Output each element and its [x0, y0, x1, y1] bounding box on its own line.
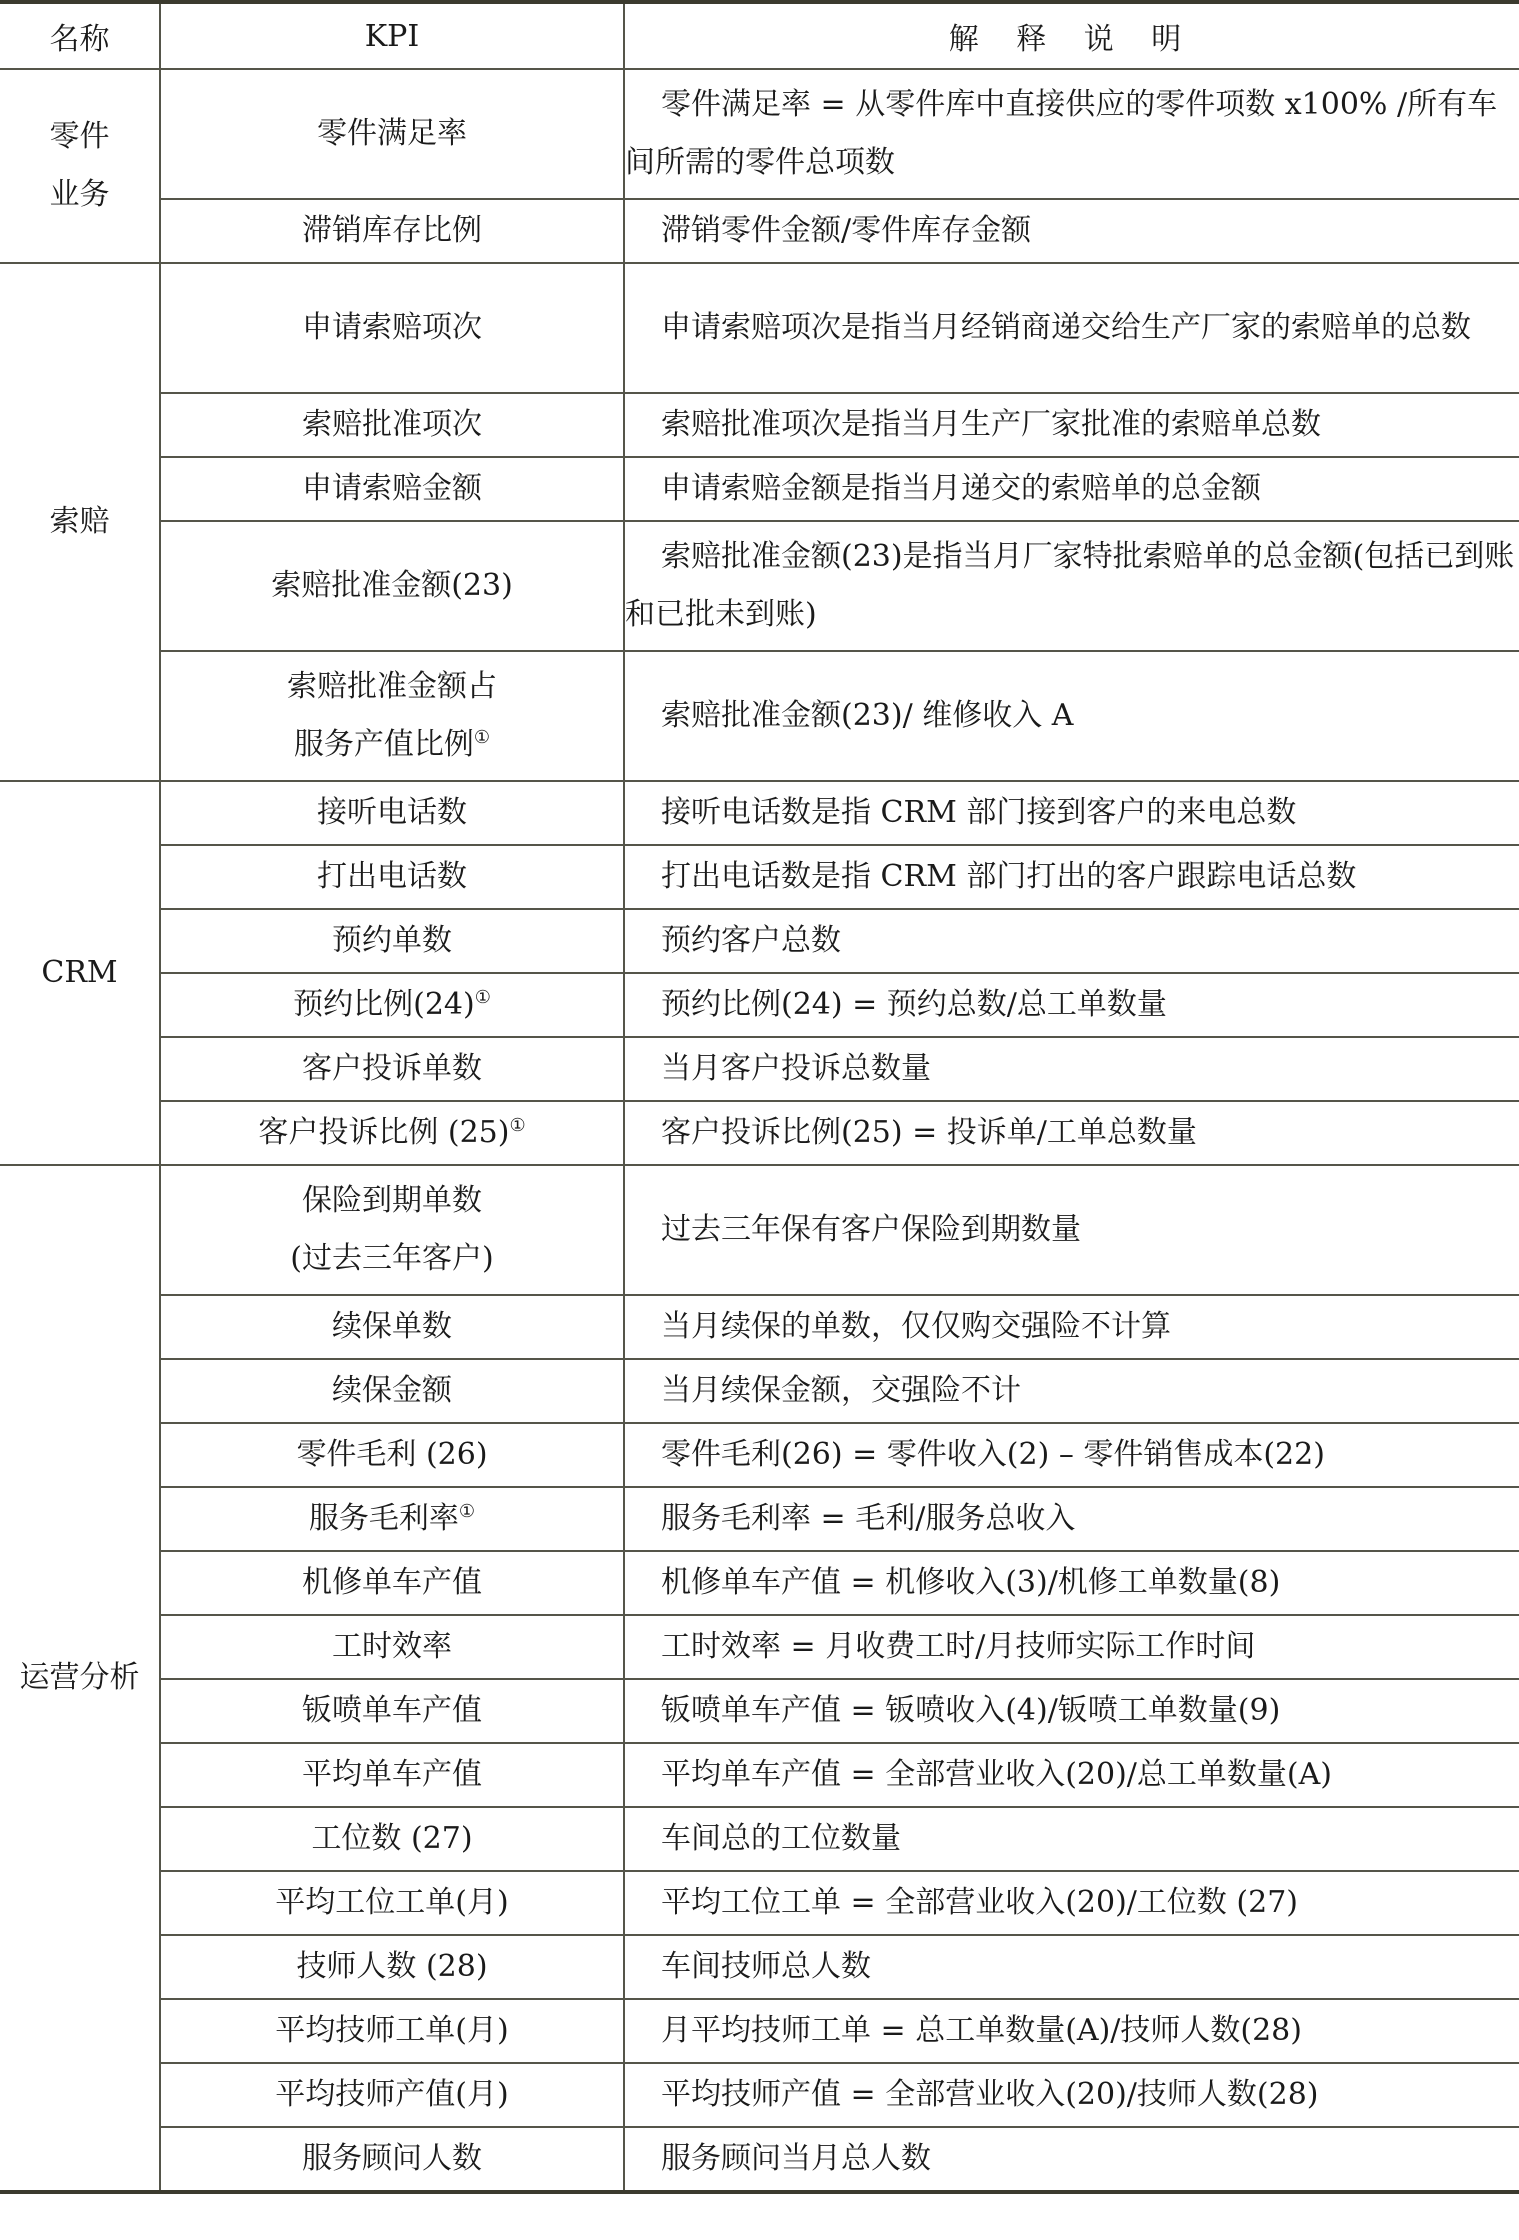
table-row: 零件毛利 (26) 零件毛利(26) = 零件收入(2) – 零件销售成本(22…	[0, 1423, 1519, 1487]
table-row: 技师人数 (28) 车间技师总人数	[0, 1935, 1519, 1999]
table-row: 索赔批准金额占 服务产值比例① 索赔批准金额(23)/ 维修收入 A	[0, 651, 1519, 781]
table-row: 滞销库存比例 滞销零件金额/零件库存金额	[0, 199, 1519, 263]
kpi-cell: 续保单数	[160, 1295, 624, 1359]
table-row: 索赔 申请索赔项次 申请索赔项次是指当月经销商递交给生产厂家的索赔单的总数	[0, 263, 1519, 393]
kpi-cell: 零件毛利 (26)	[160, 1423, 624, 1487]
table-row: 索赔批准项次 索赔批准项次是指当月生产厂家批准的索赔单总数	[0, 393, 1519, 457]
kpi-cell: 服务顾问人数	[160, 2127, 624, 2192]
kpi-cell: 服务毛利率①	[160, 1487, 624, 1551]
table-row: 钣喷单车产值 钣喷单车产值 = 钣喷收入(4)/钣喷工单数量(9)	[0, 1679, 1519, 1743]
description-cell: 滞销零件金额/零件库存金额	[624, 199, 1519, 263]
table-row: 打出电话数 打出电话数是指 CRM 部门打出的客户跟踪电话总数	[0, 845, 1519, 909]
description-cell: 零件满足率 = 从零件库中直接供应的零件项数 x100% /所有车间所需的零件总…	[624, 69, 1519, 199]
description-cell: 车间技师总人数	[624, 1935, 1519, 1999]
kpi-cell: 平均技师工单(月)	[160, 1999, 624, 2063]
kpi-cell: 客户投诉比例 (25)①	[160, 1101, 624, 1165]
kpi-cell: 平均技师产值(月)	[160, 2063, 624, 2127]
description-cell: 平均工位工单 = 全部营业收入(20)/工位数 (27)	[624, 1871, 1519, 1935]
table-row: 预约比例(24)① 预约比例(24) = 预约总数/总工单数量	[0, 973, 1519, 1037]
table-row: 客户投诉单数 当月客户投诉总数量	[0, 1037, 1519, 1101]
kpi-cell: 申请索赔项次	[160, 263, 624, 393]
description-cell: 月平均技师工单 = 总工单数量(A)/技师人数(28)	[624, 1999, 1519, 2063]
kpi-cell: 客户投诉单数	[160, 1037, 624, 1101]
description-cell: 钣喷单车产值 = 钣喷收入(4)/钣喷工单数量(9)	[624, 1679, 1519, 1743]
header-name: 名称	[0, 2, 160, 69]
description-cell: 工时效率 = 月收费工时/月技师实际工作时间	[624, 1615, 1519, 1679]
kpi-cell: 工位数 (27)	[160, 1807, 624, 1871]
table-row: 平均技师产值(月) 平均技师产值 = 全部营业收入(20)/技师人数(28)	[0, 2063, 1519, 2127]
description-cell: 客户投诉比例(25) = 投诉单/工单总数量	[624, 1101, 1519, 1165]
kpi-cell: 平均单车产值	[160, 1743, 624, 1807]
description-cell: 申请索赔项次是指当月经销商递交给生产厂家的索赔单的总数	[624, 263, 1519, 393]
kpi-cell: 预约比例(24)①	[160, 973, 624, 1037]
footnote-marker: ①	[459, 1501, 475, 1522]
description-cell: 索赔批准金额(23)是指当月厂家特批索赔单的总金额(包括已到账和已批未到账)	[624, 521, 1519, 651]
kpi-cell: 平均工位工单(月)	[160, 1871, 624, 1935]
category-cell-parts: 零件 业务	[0, 69, 160, 263]
kpi-cell: 索赔批准金额占 服务产值比例①	[160, 651, 624, 781]
table-row: 零件 业务 零件满足率 零件满足率 = 从零件库中直接供应的零件项数 x100%…	[0, 69, 1519, 199]
description-cell: 索赔批准项次是指当月生产厂家批准的索赔单总数	[624, 393, 1519, 457]
category-cell-claims: 索赔	[0, 263, 160, 781]
kpi-cell: 保险到期单数 (过去三年客户)	[160, 1165, 624, 1295]
header-row: 名称 KPI 解 释 说 明	[0, 2, 1519, 69]
description-cell: 服务毛利率 = 毛利/服务总收入	[624, 1487, 1519, 1551]
kpi-cell: 索赔批准项次	[160, 393, 624, 457]
description-cell: 接听电话数是指 CRM 部门接到客户的来电总数	[624, 781, 1519, 845]
kpi-cell: 零件满足率	[160, 69, 624, 199]
description-cell: 预约客户总数	[624, 909, 1519, 973]
description-cell: 当月客户投诉总数量	[624, 1037, 1519, 1101]
table-row: 平均技师工单(月) 月平均技师工单 = 总工单数量(A)/技师人数(28)	[0, 1999, 1519, 2063]
table-row: 预约单数 预约客户总数	[0, 909, 1519, 973]
table-row: 工时效率 工时效率 = 月收费工时/月技师实际工作时间	[0, 1615, 1519, 1679]
kpi-table: 名称 KPI 解 释 说 明 零件 业务 零件满足率 零件满足率 = 从零件库中…	[0, 0, 1519, 2194]
description-cell: 服务顾问当月总人数	[624, 2127, 1519, 2192]
kpi-cell: 机修单车产值	[160, 1551, 624, 1615]
kpi-cell: 打出电话数	[160, 845, 624, 909]
table-row: 续保单数 当月续保的单数，仅仅购交强险不计算	[0, 1295, 1519, 1359]
category-cell-operations: 运营分析	[0, 1165, 160, 2192]
kpi-cell: 接听电话数	[160, 781, 624, 845]
kpi-cell: 续保金额	[160, 1359, 624, 1423]
description-cell: 预约比例(24) = 预约总数/总工单数量	[624, 973, 1519, 1037]
table-row: 索赔批准金额(23) 索赔批准金额(23)是指当月厂家特批索赔单的总金额(包括已…	[0, 521, 1519, 651]
footnote-marker: ①	[474, 727, 490, 748]
description-cell: 打出电话数是指 CRM 部门打出的客户跟踪电话总数	[624, 845, 1519, 909]
kpi-cell: 申请索赔金额	[160, 457, 624, 521]
description-cell: 平均单车产值 = 全部营业收入(20)/总工单数量(A)	[624, 1743, 1519, 1807]
description-cell: 平均技师产值 = 全部营业收入(20)/技师人数(28)	[624, 2063, 1519, 2127]
table-row: 续保金额 当月续保金额，交强险不计	[0, 1359, 1519, 1423]
header-kpi: KPI	[160, 2, 624, 69]
description-cell: 当月续保金额，交强险不计	[624, 1359, 1519, 1423]
description-cell: 零件毛利(26) = 零件收入(2) – 零件销售成本(22)	[624, 1423, 1519, 1487]
category-cell-crm: CRM	[0, 781, 160, 1165]
table-row: 机修单车产值 机修单车产值 = 机修收入(3)/机修工单数量(8)	[0, 1551, 1519, 1615]
table-row: 工位数 (27) 车间总的工位数量	[0, 1807, 1519, 1871]
table-row: 服务毛利率① 服务毛利率 = 毛利/服务总收入	[0, 1487, 1519, 1551]
kpi-cell: 索赔批准金额(23)	[160, 521, 624, 651]
kpi-cell: 技师人数 (28)	[160, 1935, 624, 1999]
description-cell: 索赔批准金额(23)/ 维修收入 A	[624, 651, 1519, 781]
header-description: 解 释 说 明	[624, 2, 1519, 69]
description-cell: 过去三年保有客户保险到期数量	[624, 1165, 1519, 1295]
table-row: CRM 接听电话数 接听电话数是指 CRM 部门接到客户的来电总数	[0, 781, 1519, 845]
table-row: 服务顾问人数 服务顾问当月总人数	[0, 2127, 1519, 2192]
table-row: 平均工位工单(月) 平均工位工单 = 全部营业收入(20)/工位数 (27)	[0, 1871, 1519, 1935]
table-row: 申请索赔金额 申请索赔金额是指当月递交的索赔单的总金额	[0, 457, 1519, 521]
kpi-cell: 预约单数	[160, 909, 624, 973]
description-cell: 车间总的工位数量	[624, 1807, 1519, 1871]
table-row: 客户投诉比例 (25)① 客户投诉比例(25) = 投诉单/工单总数量	[0, 1101, 1519, 1165]
description-cell: 机修单车产值 = 机修收入(3)/机修工单数量(8)	[624, 1551, 1519, 1615]
footnote-marker: ①	[509, 1115, 525, 1136]
kpi-cell: 滞销库存比例	[160, 199, 624, 263]
kpi-cell: 工时效率	[160, 1615, 624, 1679]
description-cell: 当月续保的单数，仅仅购交强险不计算	[624, 1295, 1519, 1359]
table-row: 平均单车产值 平均单车产值 = 全部营业收入(20)/总工单数量(A)	[0, 1743, 1519, 1807]
kpi-cell: 钣喷单车产值	[160, 1679, 624, 1743]
table-row: 运营分析 保险到期单数 (过去三年客户) 过去三年保有客户保险到期数量	[0, 1165, 1519, 1295]
footnote-marker: ①	[475, 987, 491, 1008]
description-cell: 申请索赔金额是指当月递交的索赔单的总金额	[624, 457, 1519, 521]
